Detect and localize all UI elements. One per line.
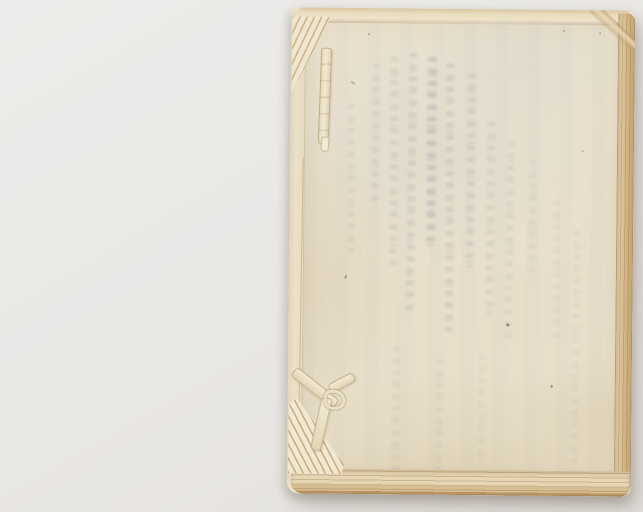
foxing-speck bbox=[563, 30, 565, 32]
foxing-speck bbox=[506, 323, 509, 326]
foxing-speck bbox=[351, 81, 356, 86]
foxing-speck bbox=[582, 150, 584, 152]
foxing-speck bbox=[344, 275, 347, 279]
foxing-specks bbox=[287, 7, 636, 496]
foxing-speck bbox=[368, 33, 370, 35]
manuscript-book bbox=[287, 7, 636, 496]
foxing-speck bbox=[599, 32, 601, 34]
foxing-speck bbox=[551, 385, 553, 388]
photo-background bbox=[0, 0, 643, 512]
